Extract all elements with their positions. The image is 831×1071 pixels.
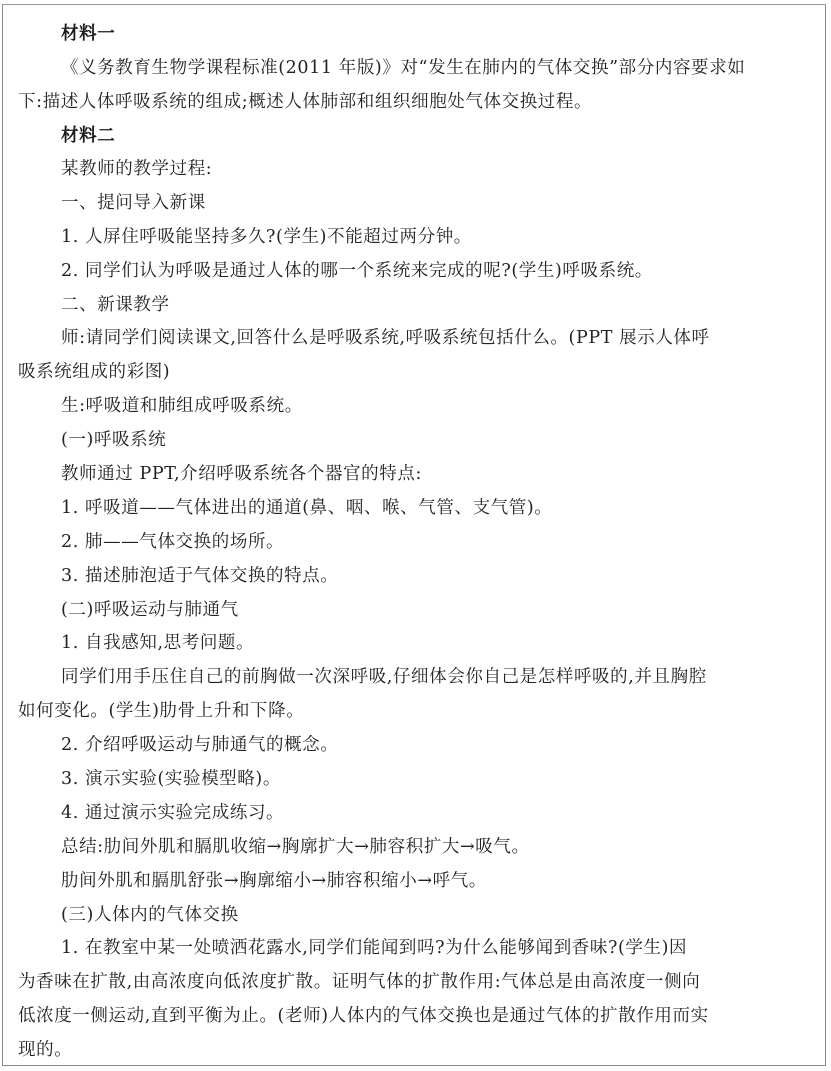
part-1-item-1: 1. 人屏住呼吸能坚持多久?(学生)不能超过两分钟。 — [61, 226, 472, 248]
section-1-item-1: 1. 呼吸道——气体进出的通道(鼻、咽、喉、气管、支气管)。 — [61, 497, 552, 519]
teacher-line-2: 吸系统组成的彩图) — [18, 361, 170, 383]
section-3-title: (三)人体内的气体交换 — [61, 904, 239, 926]
material-1-line-2: 下:描述人体呼吸系统的组成;概述人体肺部和组织细胞处气体交换过程。 — [18, 91, 592, 113]
section-2-item-1: 1. 自我感知,思考问题。 — [61, 632, 254, 654]
section-1-item-3: 3. 描述肺泡适于气体交换的特点。 — [61, 565, 338, 587]
material-2-heading: 材料二 — [61, 125, 115, 147]
material-2-intro: 某教师的教学过程: — [61, 158, 212, 180]
part-1-item-2: 2. 同学们认为呼吸是通过人体的哪一个系统来完成的呢?(学生)呼吸系统。 — [61, 260, 653, 282]
section-2-summary-2: 肋间外肌和膈肌舒张→胸廓缩小→肺容积缩小→呼气。 — [61, 870, 487, 892]
section-2-para-line-1: 同学们用手压住自己的前胸做一次深呼吸,仔细体会你自己是怎样呼吸的,并且胸腔 — [61, 666, 707, 688]
part-1-title: 一、提问导入新课 — [61, 192, 206, 214]
material-1-heading: 材料一 — [61, 23, 115, 45]
teacher-line-1: 师:请同学们阅读课文,回答什么是呼吸系统,呼吸系统包括什么。(PPT 展示人体呼 — [61, 327, 710, 349]
section-3-item-1-line-4: 现的。 — [18, 1039, 72, 1061]
section-2-para-line-2: 如何变化。(学生)肋骨上升和下降。 — [18, 700, 304, 722]
section-3-item-1-line-1: 1. 在教室中某一处喷洒花露水,同学们能闻到吗?为什么能够闻到香味?(学生)因 — [61, 937, 687, 959]
document-page: 材料一 《义务教育生物学课程标准(2011 年版)》对“发生在肺内的气体交换”部… — [2, 4, 826, 1066]
section-2-item-4: 4. 通过演示实验完成练习。 — [61, 802, 284, 824]
section-3-item-1-line-3: 低浓度一侧运动,直到平衡为止。(老师)人体内的气体交换也是通过气体的扩散作用而实 — [18, 1005, 709, 1027]
section-1-title: (一)呼吸系统 — [61, 429, 166, 451]
section-1-intro: 教师通过 PPT,介绍呼吸系统各个器官的特点: — [61, 463, 422, 485]
section-2-item-3: 3. 演示实验(实验模型略)。 — [61, 768, 281, 790]
section-2-title: (二)呼吸运动与肺通气 — [61, 599, 239, 621]
section-1-item-2: 2. 肺——气体交换的场所。 — [61, 531, 284, 553]
student-line: 生:呼吸道和肺组成呼吸系统。 — [61, 395, 303, 417]
material-1-line-1: 《义务教育生物学课程标准(2011 年版)》对“发生在肺内的气体交换”部分内容要… — [61, 57, 745, 79]
part-2-title: 二、新课教学 — [61, 294, 170, 316]
section-3-item-1-line-2: 为香味在扩散,由高浓度向低浓度扩散。证明气体的扩散作用:气体总是由高浓度一侧向 — [18, 971, 700, 993]
section-2-item-2: 2. 介绍呼吸运动与肺通气的概念。 — [61, 734, 338, 756]
section-2-summary-1: 总结:肋间外肌和膈肌收缩→胸廓扩大→肺容积扩大→吸气。 — [61, 836, 530, 858]
